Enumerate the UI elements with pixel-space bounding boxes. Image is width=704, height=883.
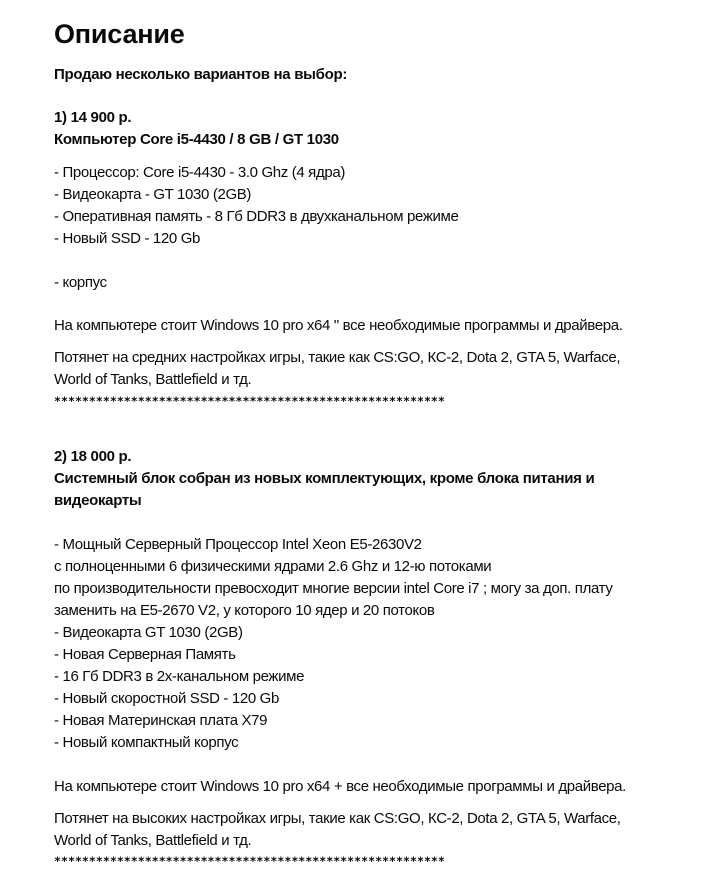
spec-item: заменить на E5-2670 V2, у которого 10 яд… — [54, 600, 434, 622]
software-note: На компьютере стоит Windows 10 pro x64 "… — [54, 315, 623, 337]
spec-item: - Оперативная память - 8 Гб DDR3 в двухк… — [54, 206, 459, 228]
section-title: Описание — [54, 16, 185, 52]
spec-item: - Процессор: Core i5-4430 - 3.0 Ghz (4 я… — [54, 162, 345, 184]
spec-item: - Мощный Серверный Процессор Intel Xeon … — [54, 534, 422, 556]
spec-item: - Новый компактный корпус — [54, 732, 238, 754]
spec-extra: - корпус — [54, 272, 107, 294]
spec-item: - 16 Гб DDR3 в 2х-канальном режиме — [54, 666, 304, 688]
offer-heading: видеокарты — [54, 490, 141, 512]
spec-item: - Видеокарта - GT 1030 (2GB) — [54, 184, 251, 206]
intro-text: Продаю несколько вариантов на выбор: — [54, 64, 347, 86]
spec-item: по производительности превосходит многие… — [54, 578, 612, 600]
spec-item: - Новая Материнская плата X79 — [54, 710, 267, 732]
spec-item: - Новая Серверная Память — [54, 644, 236, 666]
games-note: Потянет на средних настройках игры, таки… — [54, 347, 620, 369]
software-note: На компьютере стоит Windows 10 pro x64 +… — [54, 776, 626, 798]
spec-item: с полноценными 6 физическими ядрами 2.6 … — [54, 556, 491, 578]
games-note: World of Tanks, Battlefield и тд. — [54, 369, 251, 391]
offer-price: 2) 18 000 р. — [54, 446, 131, 468]
games-note: World of Tanks, Battlefield и тд. — [54, 830, 251, 852]
spec-item: - Новый SSD - 120 Gb — [54, 228, 200, 250]
games-note: Потянет на высоких настройках игры, таки… — [54, 808, 621, 830]
spec-item: - Новый скоростной SSD - 120 Gb — [54, 688, 279, 710]
separator: ****************************************… — [54, 394, 445, 408]
separator: ****************************************… — [54, 854, 445, 868]
spec-item: - Видеокарта GT 1030 (2GB) — [54, 622, 243, 644]
offer-price: 1) 14 900 р. — [54, 107, 131, 129]
offer-heading: Компьютер Core i5-4430 / 8 GB / GT 1030 — [54, 129, 339, 151]
offer-heading: Системный блок собран из новых комплекту… — [54, 468, 594, 490]
